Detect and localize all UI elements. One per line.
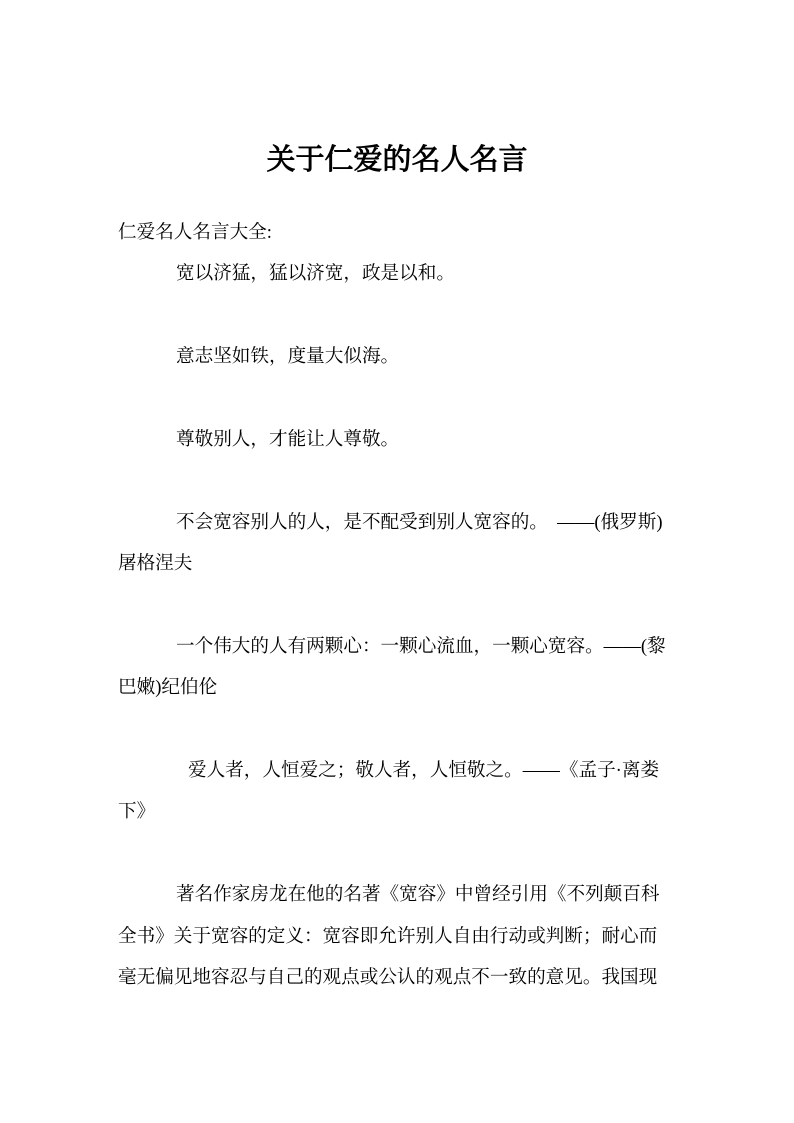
blank-line: [118, 460, 678, 501]
blank-line: [118, 295, 678, 336]
quote-line: 一个伟大的人有两颗心：一颗心流血，一颗心宽容。——(黎: [118, 626, 678, 667]
quote-continuation-line: 巴嫩)纪伯伦: [118, 667, 678, 708]
blank-line: [118, 378, 678, 419]
blank-line: [118, 585, 678, 626]
quote-line: 意志坚如铁，度量大似海。: [118, 336, 678, 377]
quote-continuation-line: 全书》关于宽容的定义：宽容即允许别人自由行动或判断；耐心而: [118, 916, 678, 957]
blank-line: [118, 833, 678, 874]
document-page: 关于仁爱的名人名言 仁爱名人名言大全: 宽以济猛，猛以济宽，政是以和。 意志坚如…: [0, 0, 794, 1123]
quote-continuation-line: 屠格涅夫: [118, 543, 678, 584]
quote-line: 不会宽容别人的人，是不配受到别人宽容的。 ——(俄罗斯): [118, 502, 678, 543]
intro-line: 仁爱名人名言大全:: [118, 212, 678, 253]
quote-line: 尊敬别人，才能让人尊敬。: [118, 419, 678, 460]
quote-line: 著名作家房龙在他的名著《宽容》中曾经引用《不列颠百科: [118, 874, 678, 915]
blank-line: [118, 709, 678, 750]
quote-line: 宽以济猛，猛以济宽，政是以和。: [118, 253, 678, 294]
body-text: 仁爱名人名言大全: 宽以济猛，猛以济宽，政是以和。 意志坚如铁，度量大似海。 尊…: [118, 212, 678, 998]
quote-line: 爱人者，人恒爱之；敬人者，人恒敬之。——《孟子·离娄: [118, 750, 678, 791]
quote-continuation-line: 下》: [118, 791, 678, 832]
quote-continuation-line: 毫无偏见地容忍与自己的观点或公认的观点不一致的意见。我国现: [118, 957, 678, 998]
page-title: 关于仁爱的名人名言: [0, 138, 794, 182]
